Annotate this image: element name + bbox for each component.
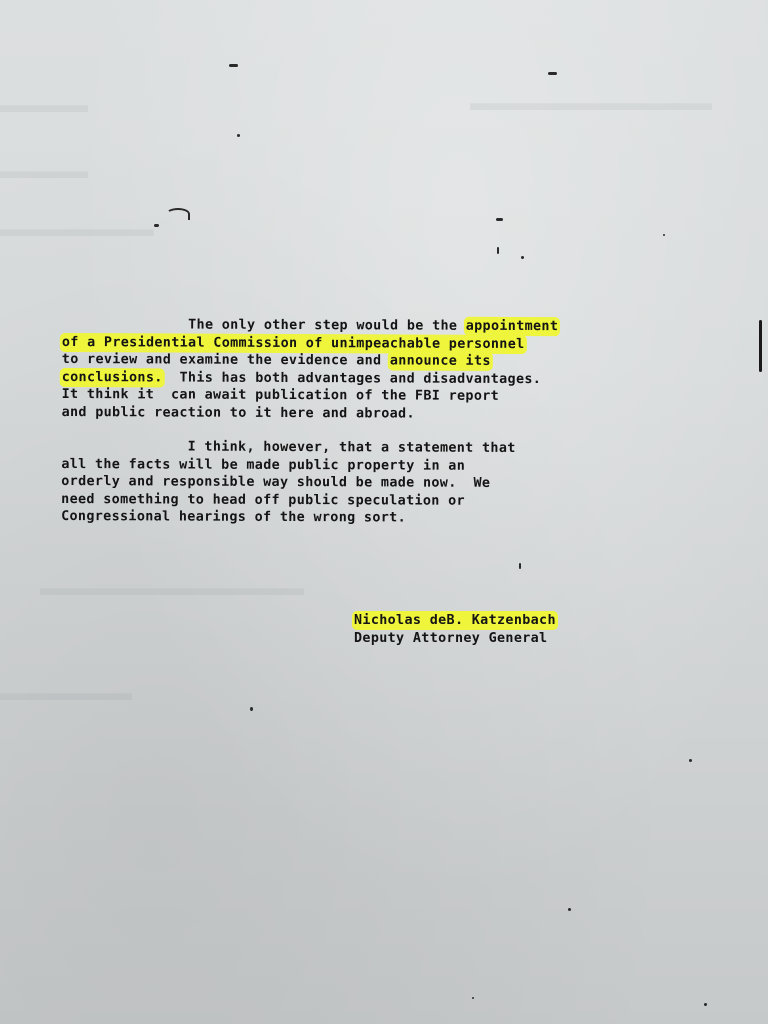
bleed-through-text: ▬▬▬▬: [0, 92, 88, 118]
ink-speck: [519, 563, 521, 569]
ink-speck: [472, 997, 474, 999]
memo-text: The only other step would be the: [62, 317, 466, 334]
signatory-title: Deputy Attorney General: [354, 630, 556, 648]
memo-text: all the facts will be made public proper…: [61, 456, 465, 473]
memo-text: I think, however, that a statement that: [61, 439, 515, 456]
ink-speck: [237, 134, 240, 137]
ink-speck: [663, 234, 665, 236]
ink-speck: [568, 908, 571, 911]
ink-speck: [704, 1003, 707, 1006]
ink-speck: [521, 256, 524, 259]
bleed-through-text: ▬▬▬▬: [0, 158, 88, 184]
ink-speck: [154, 224, 159, 227]
ink-arc-mark: [166, 208, 190, 220]
memo-text: Congressional hearings of the wrong sort…: [61, 509, 406, 526]
memo-text: It think it can await publication of the…: [62, 387, 499, 404]
memo-text: need something to head off public specul…: [61, 491, 465, 508]
highlighted-text: of a Presidential Commission of unimpeac…: [62, 334, 525, 351]
ink-speck: [548, 72, 557, 75]
bleed-through-text: ▬▬▬▬▬▬▬▬▬▬▬▬: [40, 575, 304, 601]
highlighted-text: conclusions.: [62, 369, 163, 384]
paragraph-statement: I think, however, that a statement thata…: [61, 438, 761, 529]
ink-speck: [689, 759, 692, 762]
memo-line: Congressional hearings of the wrong sort…: [61, 508, 761, 529]
signature-block: Nicholas deB. Katzenbach Deputy Attorney…: [354, 612, 556, 647]
memo-text: This has both advantages and disadvantag…: [163, 370, 542, 387]
memo-line: and public reaction to it here and abroa…: [62, 403, 762, 424]
memo-text: and public reaction to it here and abroa…: [62, 404, 415, 421]
memo-text: orderly and responsible way should be ma…: [61, 474, 490, 491]
bleed-through-text: ▬▬▬▬▬▬: [0, 680, 132, 706]
highlighted-text: announce its: [390, 353, 491, 368]
highlighted-text: appointment: [466, 319, 559, 334]
bleed-through-text: ▬▬▬▬▬▬▬: [0, 216, 154, 242]
ink-speck: [496, 218, 503, 221]
signatory-name: Nicholas deB. Katzenbach: [354, 613, 556, 628]
ink-speck: [497, 247, 499, 254]
bleed-through-text: ▬▬▬▬▬▬▬▬▬▬▬: [470, 90, 712, 116]
memo-body: The only other step would be the appoint…: [61, 316, 762, 529]
paragraph-commission: The only other step would be the appoint…: [62, 316, 762, 424]
ink-speck: [250, 707, 253, 711]
ink-speck: [229, 64, 238, 67]
memo-text: to review and examine the evidence and: [62, 352, 390, 368]
